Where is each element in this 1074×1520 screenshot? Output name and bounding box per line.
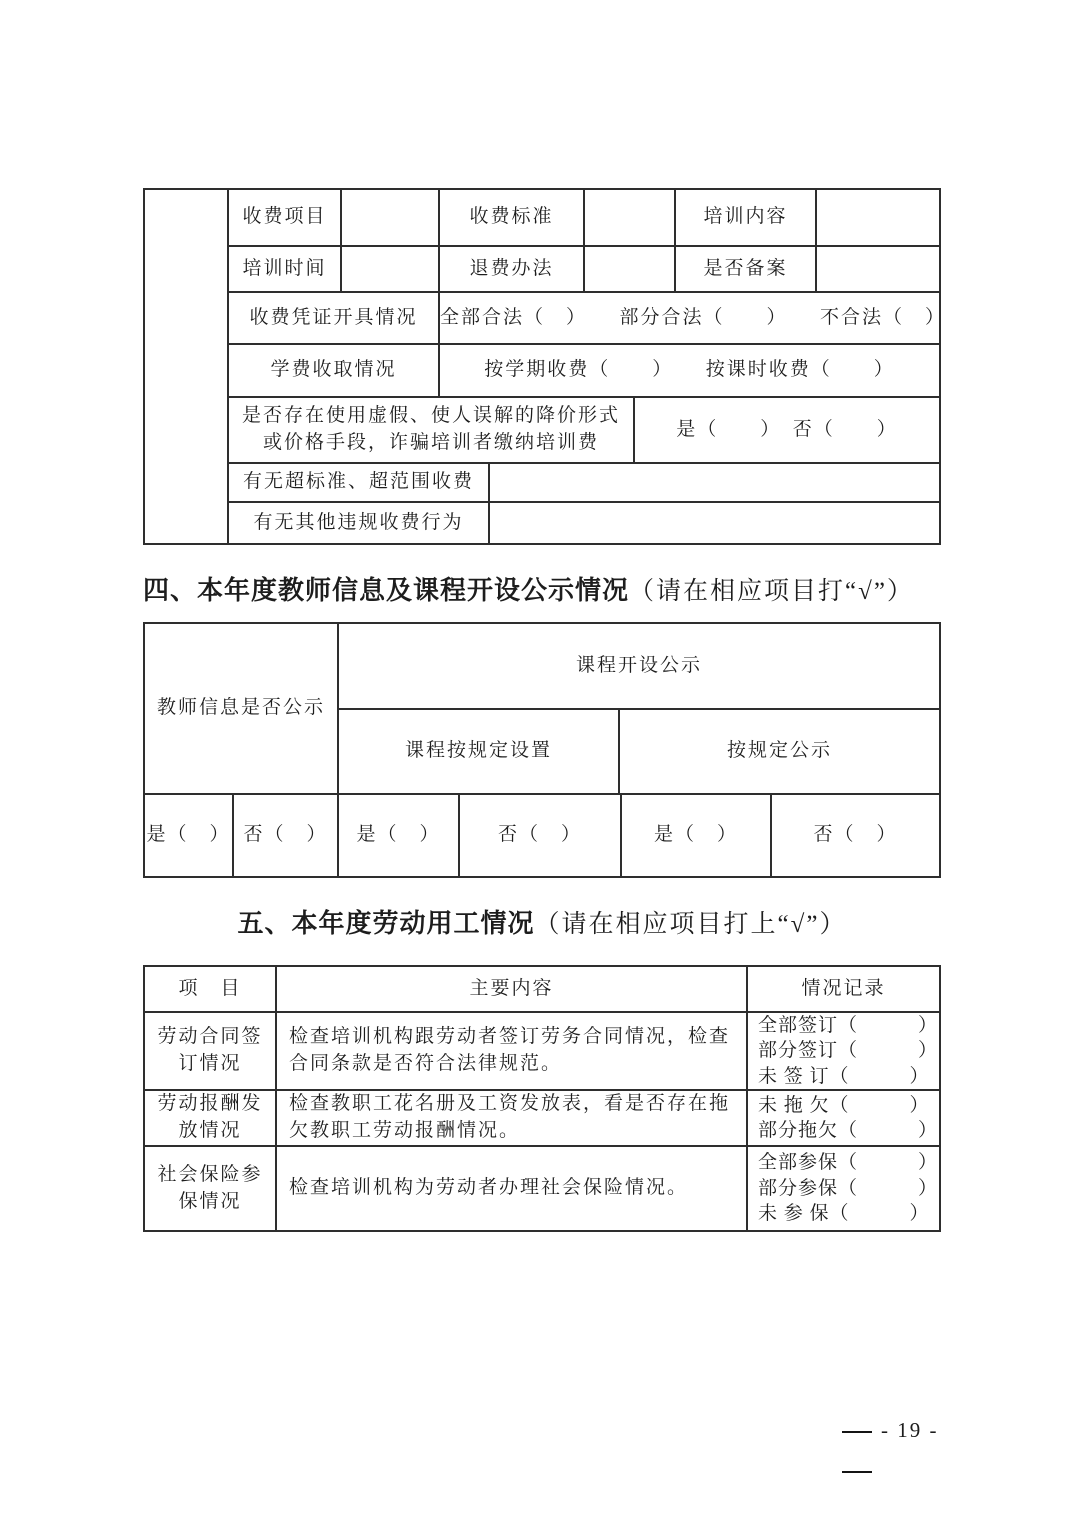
labor-row-insurance: 社会保险参 保情况 检查培训机构为劳动者办理社会保险情况。 全部参保（ ） 部分… bbox=[145, 1147, 939, 1230]
teacher-info-header: 教师信息是否公示 bbox=[145, 624, 339, 793]
fee-row-time: 培训时间 退费办法 是否备案 bbox=[229, 247, 939, 293]
section5-heading: 五、本年度劳动用工情况（请在相应项目打上“√”） bbox=[143, 903, 941, 945]
record-line: 未 拖 欠（ ） bbox=[758, 1093, 939, 1118]
record-line: 全部参保（ ） bbox=[758, 1150, 939, 1175]
course-publish-no-cell: 否（ ） bbox=[772, 795, 939, 876]
fee-standard-value bbox=[585, 190, 676, 245]
section4-title: 四、本年度教师信息及课程开设公示情况 bbox=[143, 575, 629, 605]
refund-method-label: 退费办法 bbox=[440, 247, 585, 291]
labor-header-row: 项 目 主要内容 情况记录 bbox=[145, 967, 939, 1013]
labor-row-contract: 劳动合同签 订情况 检查培训机构跟劳动者签订劳务合同情况，检查 合同条款是否符合… bbox=[145, 1013, 939, 1091]
course-publish-header: 按规定公示 bbox=[620, 710, 939, 793]
course-set-no-cell: 否（ ） bbox=[460, 795, 622, 876]
section4-heading: 四、本年度教师信息及课程开设公示情况（请在相应项目打“√”） bbox=[143, 570, 941, 612]
insurance-content: 检查培训机构为劳动者办理社会保险情况。 bbox=[277, 1147, 748, 1230]
record-line: 全部签订（ ） bbox=[758, 1013, 939, 1038]
fee-standard-label: 收费标准 bbox=[440, 190, 585, 245]
pay-content: 检查教职工花名册及工资发放表，看是否存在拖 欠教职工劳动报酬情况。 bbox=[277, 1091, 748, 1145]
fee-item-value bbox=[342, 190, 440, 245]
pay-item-label: 劳动报酬发 放情况 bbox=[145, 1091, 277, 1145]
fee-row-other-violation: 有无其他违规收费行为 bbox=[229, 503, 939, 543]
other-violation-label: 有无其他违规收费行为 bbox=[229, 503, 490, 543]
footer-rule-top bbox=[842, 1431, 872, 1433]
record-line: 部分签订（ ） bbox=[758, 1038, 939, 1063]
section5-title: 五、本年度劳动用工情况 bbox=[238, 908, 535, 938]
fee-row-items: 收费项目 收费标准 培训内容 bbox=[229, 190, 939, 247]
course-subheaders: 课程按规定设置 按规定公示 bbox=[339, 710, 939, 793]
labor-header-content: 主要内容 bbox=[277, 967, 748, 1011]
course-publicity-header: 课程开设公示 bbox=[339, 624, 939, 710]
contract-content: 检查培训机构跟劳动者签订劳务合同情况，检查 合同条款是否符合法律规范。 bbox=[277, 1013, 748, 1089]
training-content-value bbox=[817, 190, 939, 245]
teacher-course-header: 教师信息是否公示 课程开设公示 课程按规定设置 按规定公示 bbox=[145, 624, 939, 795]
section5-note: （请在相应项目打上“√”） bbox=[535, 911, 847, 938]
course-publish-yes-cell: 是（ ） bbox=[622, 795, 772, 876]
fraud-pricing-label: 是否存在使用虚假、使人误解的降价形式 或价格手段，诈骗培训者缴纳培训费 bbox=[229, 398, 635, 462]
overcharge-label: 有无超标准、超范围收费 bbox=[229, 464, 490, 501]
filed-value bbox=[817, 247, 939, 291]
training-content-label: 培训内容 bbox=[676, 190, 817, 245]
insurance-record: 全部参保（ ） 部分参保（ ） 未 参 保（ ） bbox=[748, 1147, 939, 1230]
teacher-no-cell: 否（ ） bbox=[234, 795, 339, 876]
teacher-course-answers: 是（ ） 否（ ） 是（ ） 否（ ） 是（ ） 否（ ） bbox=[145, 795, 939, 876]
record-line: 部分拖欠（ ） bbox=[758, 1118, 939, 1143]
labor-header-item: 项 目 bbox=[145, 967, 277, 1011]
pay-record: 未 拖 欠（ ） 部分拖欠（ ） bbox=[748, 1091, 939, 1145]
contract-item-label: 劳动合同签 订情况 bbox=[145, 1013, 277, 1089]
receipt-issue-label: 收费凭证开具情况 bbox=[229, 293, 440, 343]
page-number: - 19 - bbox=[881, 1418, 939, 1443]
training-time-value bbox=[342, 247, 440, 291]
other-violation-value bbox=[490, 503, 939, 543]
fee-row-tuition: 学费收取情况 按学期收费（ ） 按课时收费（ ） bbox=[229, 345, 939, 398]
record-line: 未 参 保（ ） bbox=[758, 1201, 939, 1226]
document-page: 收费项目 收费标准 培训内容 培训时间 退费办法 是否备案 收费凭证开具情况 全… bbox=[0, 0, 1074, 1520]
refund-method-value bbox=[585, 247, 676, 291]
fee-item-label: 收费项目 bbox=[229, 190, 342, 245]
overcharge-value bbox=[490, 464, 939, 501]
fee-row-fraud: 是否存在使用虚假、使人误解的降价形式 或价格手段，诈骗培训者缴纳培训费 是（ ）… bbox=[229, 398, 939, 464]
teacher-yes-cell: 是（ ） bbox=[145, 795, 234, 876]
tuition-collection-label: 学费收取情况 bbox=[229, 345, 440, 396]
course-set-header: 课程按规定设置 bbox=[339, 710, 620, 793]
fee-table-body: 收费项目 收费标准 培训内容 培训时间 退费办法 是否备案 收费凭证开具情况 全… bbox=[229, 190, 939, 543]
receipt-issue-options: 全部合法（ ） 部分合法（ ） 不合法（ ） bbox=[440, 293, 939, 343]
teacher-course-table: 教师信息是否公示 课程开设公示 课程按规定设置 按规定公示 是（ ） 否（ ） … bbox=[143, 622, 941, 878]
labor-row-pay: 劳动报酬发 放情况 检查教职工花名册及工资发放表，看是否存在拖 欠教职工劳动报酬… bbox=[145, 1091, 939, 1147]
fee-inspection-table: 收费项目 收费标准 培训内容 培训时间 退费办法 是否备案 收费凭证开具情况 全… bbox=[143, 188, 941, 545]
record-line: 未 签 订（ ） bbox=[758, 1064, 939, 1089]
fraud-pricing-options: 是（ ） 否（ ） bbox=[635, 398, 939, 462]
labor-header-record: 情况记录 bbox=[748, 967, 939, 1011]
labor-table: 项 目 主要内容 情况记录 劳动合同签 订情况 检查培训机构跟劳动者签订劳务合同… bbox=[143, 965, 941, 1232]
filed-label: 是否备案 bbox=[676, 247, 817, 291]
contract-record: 全部签订（ ） 部分签订（ ） 未 签 订（ ） bbox=[748, 1013, 939, 1089]
insurance-item-label: 社会保险参 保情况 bbox=[145, 1147, 277, 1230]
footer-rule-bottom bbox=[842, 1471, 872, 1473]
course-header-group: 课程开设公示 课程按规定设置 按规定公示 bbox=[339, 624, 939, 793]
fee-row-receipt: 收费凭证开具情况 全部合法（ ） 部分合法（ ） 不合法（ ） bbox=[229, 293, 939, 345]
training-time-label: 培训时间 bbox=[229, 247, 342, 291]
fee-table-side-cell bbox=[145, 190, 229, 543]
tuition-collection-options: 按学期收费（ ） 按课时收费（ ） bbox=[440, 345, 939, 396]
section4-note: （请在相应项目打“√”） bbox=[629, 578, 914, 605]
course-set-yes-cell: 是（ ） bbox=[339, 795, 460, 876]
record-line: 部分参保（ ） bbox=[758, 1176, 939, 1201]
fee-row-overcharge: 有无超标准、超范围收费 bbox=[229, 464, 939, 503]
